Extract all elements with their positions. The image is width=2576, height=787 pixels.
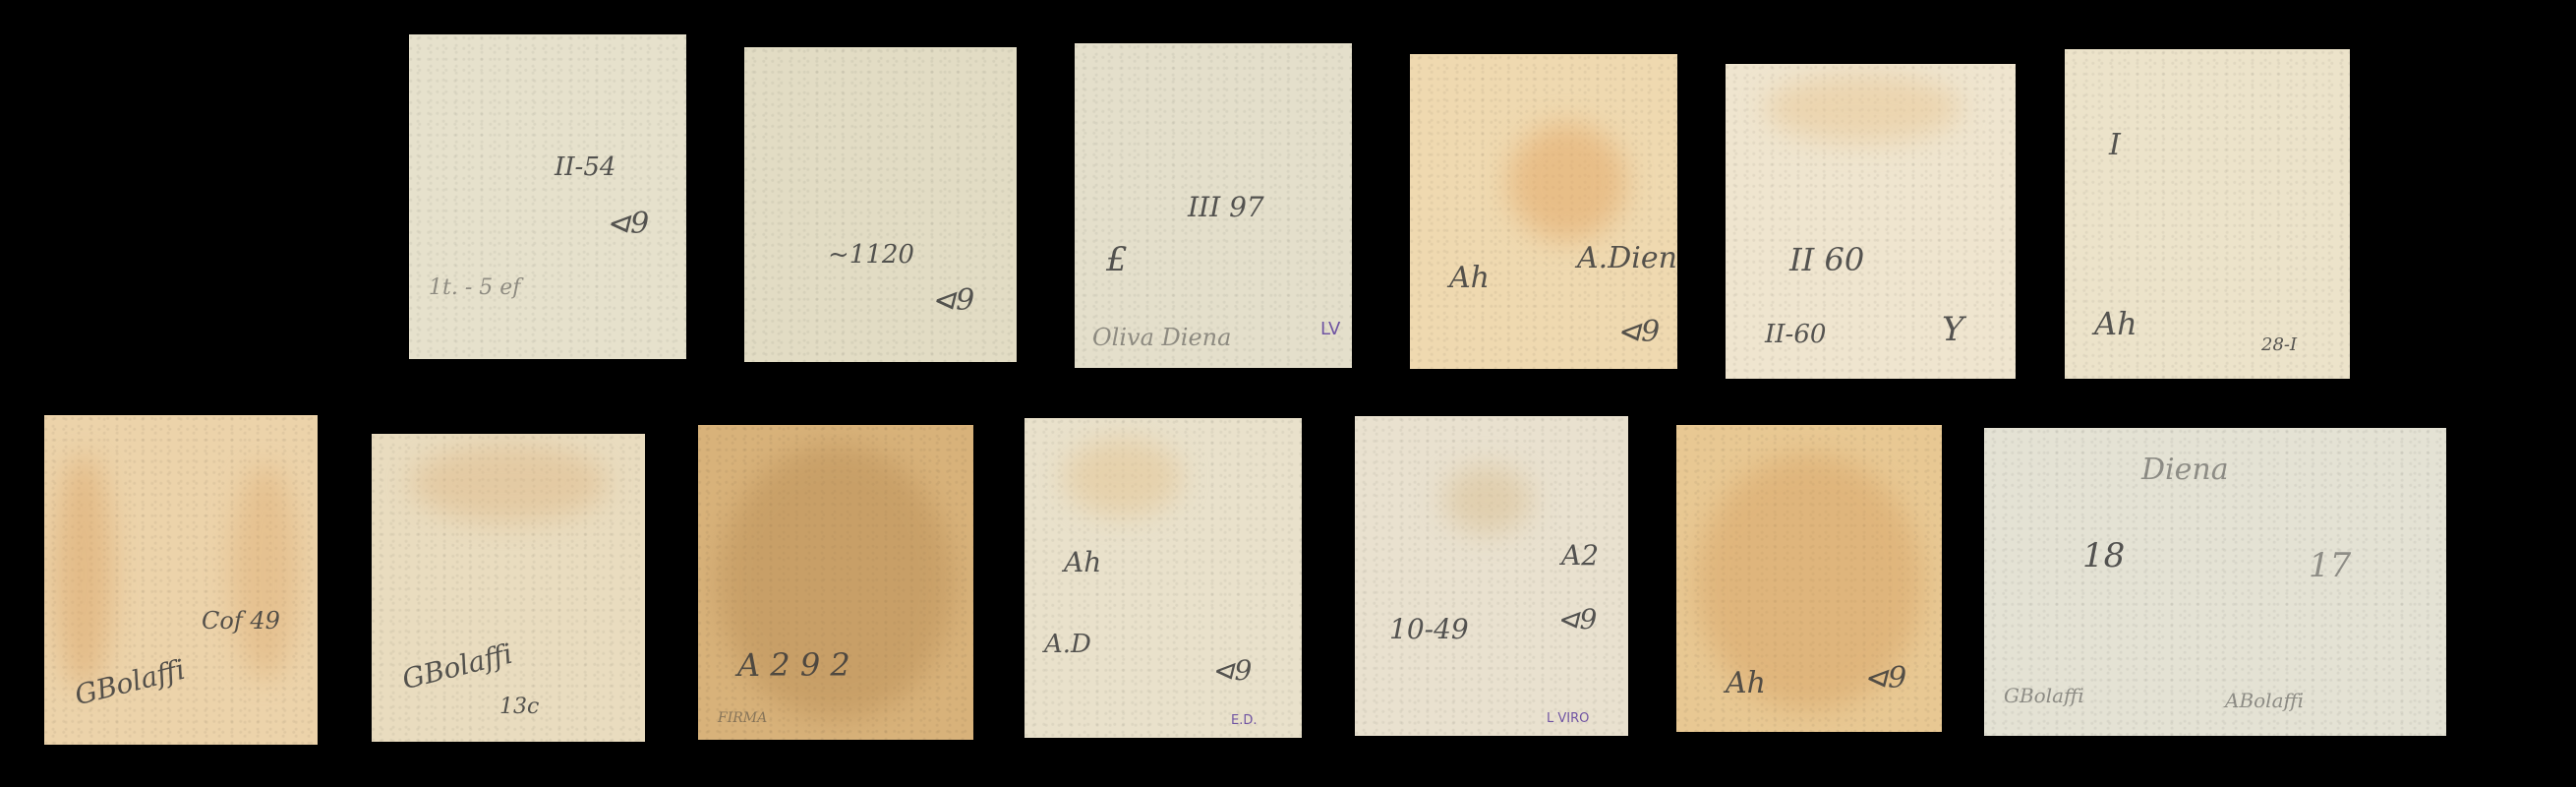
pencil-note: II 60 bbox=[1789, 241, 1864, 278]
pencil-note: £ bbox=[1106, 240, 1128, 279]
pencil-note: ⊲9 bbox=[1211, 654, 1252, 687]
stamp-back-4: Ah A.Diena ⊲9 bbox=[1410, 54, 1677, 369]
pencil-note: I bbox=[2109, 128, 2121, 162]
pencil-note: ⊲9 bbox=[1616, 315, 1660, 349]
pencil-note: ⊲9 bbox=[1863, 661, 1906, 696]
stamp-back-2: ~1120 ⊲9 bbox=[744, 47, 1017, 362]
stamp-back-8: GBolaffi 13c bbox=[372, 434, 645, 742]
pencil-note: ⊲9 bbox=[1556, 603, 1597, 636]
stamp-back-9: A 2 9 2 FIRMA bbox=[698, 425, 973, 740]
pencil-note: A 2 9 2 bbox=[737, 646, 850, 684]
pencil-note: Oliva Diena bbox=[1092, 324, 1231, 351]
pencil-note: FIRMA bbox=[718, 710, 767, 726]
expert-mark: LV bbox=[1320, 319, 1340, 339]
pencil-note: III 97 bbox=[1188, 191, 1264, 223]
pencil-note: Ah bbox=[1064, 546, 1101, 578]
pencil-note: ~1120 bbox=[828, 240, 914, 270]
expert-mark: L VIRO bbox=[1547, 711, 1589, 726]
stamp-back-6: I Ah 28-I bbox=[2065, 49, 2350, 379]
pencil-note: ⊲9 bbox=[931, 283, 974, 318]
stamp-back-12: Ah ⊲9 bbox=[1676, 425, 1942, 732]
pencil-note: 10-49 bbox=[1389, 613, 1469, 645]
pencil-note: 28-I bbox=[2261, 334, 2297, 355]
pencil-note: Y bbox=[1942, 310, 1963, 349]
pencil-note: II-54 bbox=[555, 152, 615, 182]
stamp-back-13: Diena 18 17 GBolaffi ABolaffi bbox=[1984, 428, 2446, 736]
pencil-note: A2 bbox=[1561, 539, 1599, 572]
expert-mark: E.D. bbox=[1231, 713, 1258, 728]
stamp-back-7: Cof 49 GBolaffi bbox=[44, 415, 318, 745]
stamp-back-3: III 97 £ Oliva Diena LV bbox=[1075, 43, 1352, 368]
stamp-back-1: II-54 ⊲9 1t. ‑ 5 ef bbox=[409, 34, 686, 359]
pencil-note: ⊲9 bbox=[606, 207, 649, 241]
pencil-note: GBolaffi bbox=[2004, 684, 2084, 707]
pencil-note: A.D bbox=[1044, 630, 1091, 659]
pencil-note: 18 bbox=[2082, 536, 2125, 575]
pencil-note: 13c bbox=[499, 695, 539, 719]
pencil-note: Ah bbox=[1449, 261, 1490, 295]
pencil-note: 17 bbox=[2309, 546, 2351, 585]
pencil-note: Ah bbox=[1726, 666, 1766, 700]
pencil-note: Ah bbox=[2094, 305, 2137, 342]
pencil-note: II-60 bbox=[1765, 320, 1826, 349]
pencil-note: ABolaffi bbox=[2225, 689, 2304, 712]
stamp-back-5: II 60 II-60 Y bbox=[1726, 64, 2016, 379]
pencil-note: Cof 49 bbox=[202, 607, 280, 635]
pencil-note: 1t. ‑ 5 ef bbox=[429, 275, 520, 300]
pencil-note: Diena bbox=[2141, 453, 2229, 487]
stamp-back-11: A2 10-49 ⊲9 L VIRO bbox=[1355, 416, 1628, 736]
pencil-note: A.Diena bbox=[1577, 241, 1677, 275]
stamp-back-10: Ah A.D ⊲9 E.D. bbox=[1025, 418, 1302, 738]
